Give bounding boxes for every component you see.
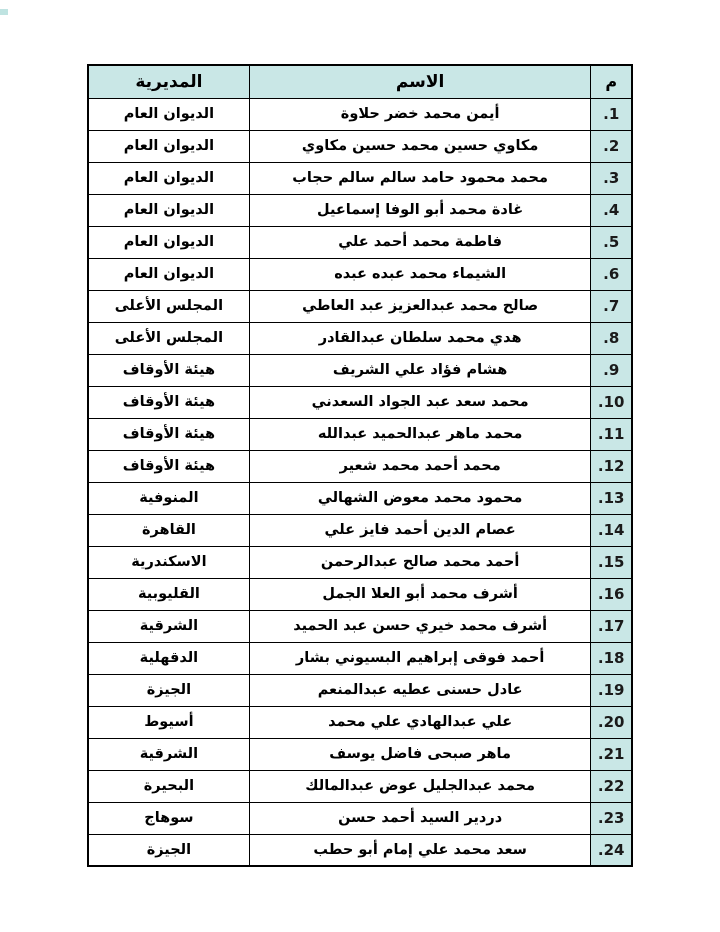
row-number-cell: 18. bbox=[591, 642, 632, 674]
row-name-cell: عصام الدين أحمد فايز علي bbox=[249, 514, 591, 546]
row-number-cell: 3. bbox=[591, 162, 632, 194]
row-name-cell: مكاوي حسين محمد حسين مكاوي bbox=[249, 130, 591, 162]
row-name-cell: عادل حسنى عطيه عبدالمنعم bbox=[249, 674, 591, 706]
table-row: 21. ماهر صبحى فاضل يوسف الشرقية bbox=[88, 738, 632, 770]
row-directorate-cell: الدقهلية bbox=[88, 642, 249, 674]
table-row: 24. سعد محمد علي إمام أبو حطب الجيزة bbox=[88, 834, 632, 866]
table-row: 6. الشيماء محمد عبده عبده الديوان العام bbox=[88, 258, 632, 290]
table-row: 11. محمد ماهر عبدالحميد عبدالله هيئة الأ… bbox=[88, 418, 632, 450]
table-row: 9. هشام فؤاد علي الشريف هيئة الأوقاف bbox=[88, 354, 632, 386]
row-directorate-cell: هيئة الأوقاف bbox=[88, 354, 249, 386]
table-row: 19. عادل حسنى عطيه عبدالمنعم الجيزة bbox=[88, 674, 632, 706]
row-number-cell: 11. bbox=[591, 418, 632, 450]
row-directorate-cell: الجيزة bbox=[88, 834, 249, 866]
row-number-cell: 13. bbox=[591, 482, 632, 514]
row-directorate-cell: الديوان العام bbox=[88, 162, 249, 194]
row-number-cell: 10. bbox=[591, 386, 632, 418]
row-directorate-cell: الديوان العام bbox=[88, 98, 249, 130]
document-page: { "colors":{ "page_bg":"#ffffff", "heade… bbox=[0, 0, 720, 932]
row-directorate-cell: البحيرة bbox=[88, 770, 249, 802]
row-name-cell: أشرف محمد أبو العلا الجمل bbox=[249, 578, 591, 610]
row-number-cell: 9. bbox=[591, 354, 632, 386]
table-row: 22. محمد عبدالجليل عوض عبدالمالك البحيرة bbox=[88, 770, 632, 802]
row-directorate-cell: الجيزة bbox=[88, 674, 249, 706]
row-directorate-cell: المجلس الأعلى bbox=[88, 322, 249, 354]
row-name-cell: غادة محمد أبو الوفا إسماعيل bbox=[249, 194, 591, 226]
row-number-cell: 22. bbox=[591, 770, 632, 802]
row-name-cell: أيمن محمد خضر حلاوة bbox=[249, 98, 591, 130]
row-directorate-cell: هيئة الأوقاف bbox=[88, 418, 249, 450]
row-directorate-cell: الديوان العام bbox=[88, 194, 249, 226]
table-row: 20. علي عبدالهادي علي محمد أسيوط bbox=[88, 706, 632, 738]
row-name-cell: صالح محمد عبدالعزيز عبد العاطي bbox=[249, 290, 591, 322]
header-cell-name: الاسم bbox=[249, 65, 591, 98]
row-name-cell: محمد عبدالجليل عوض عبدالمالك bbox=[249, 770, 591, 802]
row-number-cell: 19. bbox=[591, 674, 632, 706]
page-corner-artifact bbox=[0, 9, 8, 15]
table-row: 1. أيمن محمد خضر حلاوة الديوان العام bbox=[88, 98, 632, 130]
row-number-cell: 1. bbox=[591, 98, 632, 130]
table-header-row: م الاسم المديرية bbox=[88, 65, 632, 98]
header-cell-directorate: المديرية bbox=[88, 65, 249, 98]
row-number-cell: 7. bbox=[591, 290, 632, 322]
row-name-cell: فاطمة محمد أحمد علي bbox=[249, 226, 591, 258]
table-body: 1. أيمن محمد خضر حلاوة الديوان العام 2. … bbox=[88, 98, 632, 866]
row-number-cell: 24. bbox=[591, 834, 632, 866]
table-row: 13. محمود محمد معوض الشهالي المنوفية bbox=[88, 482, 632, 514]
table-row: 18. أحمد فوقى إبراهيم البسيوني بشار الدق… bbox=[88, 642, 632, 674]
row-directorate-cell: سوهاج bbox=[88, 802, 249, 834]
row-name-cell: أحمد فوقى إبراهيم البسيوني بشار bbox=[249, 642, 591, 674]
row-name-cell: هدي محمد سلطان عبدالقادر bbox=[249, 322, 591, 354]
row-number-cell: 8. bbox=[591, 322, 632, 354]
table-row: 15. أحمد محمد صالح عبدالرحمن الاسكندرية bbox=[88, 546, 632, 578]
row-name-cell: أحمد محمد صالح عبدالرحمن bbox=[249, 546, 591, 578]
row-number-cell: 21. bbox=[591, 738, 632, 770]
table-row: 12. محمد أحمد محمد شعير هيئة الأوقاف bbox=[88, 450, 632, 482]
row-name-cell: ماهر صبحى فاضل يوسف bbox=[249, 738, 591, 770]
row-name-cell: سعد محمد علي إمام أبو حطب bbox=[249, 834, 591, 866]
row-number-cell: 16. bbox=[591, 578, 632, 610]
row-number-cell: 15. bbox=[591, 546, 632, 578]
table-row: 4. غادة محمد أبو الوفا إسماعيل الديوان ا… bbox=[88, 194, 632, 226]
row-name-cell: دردير السيد أحمد حسن bbox=[249, 802, 591, 834]
row-directorate-cell: هيئة الأوقاف bbox=[88, 386, 249, 418]
row-directorate-cell: القاهرة bbox=[88, 514, 249, 546]
staff-list-table: م الاسم المديرية 1. أيمن محمد خضر حلاوة … bbox=[87, 64, 633, 867]
table-row: 23. دردير السيد أحمد حسن سوهاج bbox=[88, 802, 632, 834]
row-name-cell: هشام فؤاد علي الشريف bbox=[249, 354, 591, 386]
row-number-cell: 2. bbox=[591, 130, 632, 162]
row-number-cell: 14. bbox=[591, 514, 632, 546]
table-row: 5. فاطمة محمد أحمد علي الديوان العام bbox=[88, 226, 632, 258]
table-row: 16. أشرف محمد أبو العلا الجمل القليوبية bbox=[88, 578, 632, 610]
row-directorate-cell: المجلس الأعلى bbox=[88, 290, 249, 322]
row-name-cell: أشرف محمد خيري حسن عبد الحميد bbox=[249, 610, 591, 642]
table-row: 7. صالح محمد عبدالعزيز عبد العاطي المجلس… bbox=[88, 290, 632, 322]
row-directorate-cell: الديوان العام bbox=[88, 226, 249, 258]
table-row: 14. عصام الدين أحمد فايز علي القاهرة bbox=[88, 514, 632, 546]
row-number-cell: 20. bbox=[591, 706, 632, 738]
row-name-cell: محمد أحمد محمد شعير bbox=[249, 450, 591, 482]
row-directorate-cell: الاسكندرية bbox=[88, 546, 249, 578]
row-directorate-cell: الديوان العام bbox=[88, 130, 249, 162]
row-directorate-cell: المنوفية bbox=[88, 482, 249, 514]
table-row: 3. محمد محمود حامد سالم سالم حجاب الديوا… bbox=[88, 162, 632, 194]
row-number-cell: 23. bbox=[591, 802, 632, 834]
header-cell-number: م bbox=[591, 65, 632, 98]
row-directorate-cell: هيئة الأوقاف bbox=[88, 450, 249, 482]
row-directorate-cell: أسيوط bbox=[88, 706, 249, 738]
table-row: 17. أشرف محمد خيري حسن عبد الحميد الشرقي… bbox=[88, 610, 632, 642]
table-row: 2. مكاوي حسين محمد حسين مكاوي الديوان ال… bbox=[88, 130, 632, 162]
row-name-cell: محمد ماهر عبدالحميد عبدالله bbox=[249, 418, 591, 450]
row-name-cell: محمود محمد معوض الشهالي bbox=[249, 482, 591, 514]
row-directorate-cell: القليوبية bbox=[88, 578, 249, 610]
row-name-cell: الشيماء محمد عبده عبده bbox=[249, 258, 591, 290]
row-name-cell: محمد سعد عبد الجواد السعدني bbox=[249, 386, 591, 418]
row-directorate-cell: الديوان العام bbox=[88, 258, 249, 290]
row-number-cell: 4. bbox=[591, 194, 632, 226]
table-row: 10. محمد سعد عبد الجواد السعدني هيئة الأ… bbox=[88, 386, 632, 418]
row-name-cell: محمد محمود حامد سالم سالم حجاب bbox=[249, 162, 591, 194]
table-row: 8. هدي محمد سلطان عبدالقادر المجلس الأعل… bbox=[88, 322, 632, 354]
row-directorate-cell: الشرقية bbox=[88, 738, 249, 770]
row-number-cell: 12. bbox=[591, 450, 632, 482]
row-number-cell: 17. bbox=[591, 610, 632, 642]
row-number-cell: 6. bbox=[591, 258, 632, 290]
row-number-cell: 5. bbox=[591, 226, 632, 258]
row-name-cell: علي عبدالهادي علي محمد bbox=[249, 706, 591, 738]
row-directorate-cell: الشرقية bbox=[88, 610, 249, 642]
